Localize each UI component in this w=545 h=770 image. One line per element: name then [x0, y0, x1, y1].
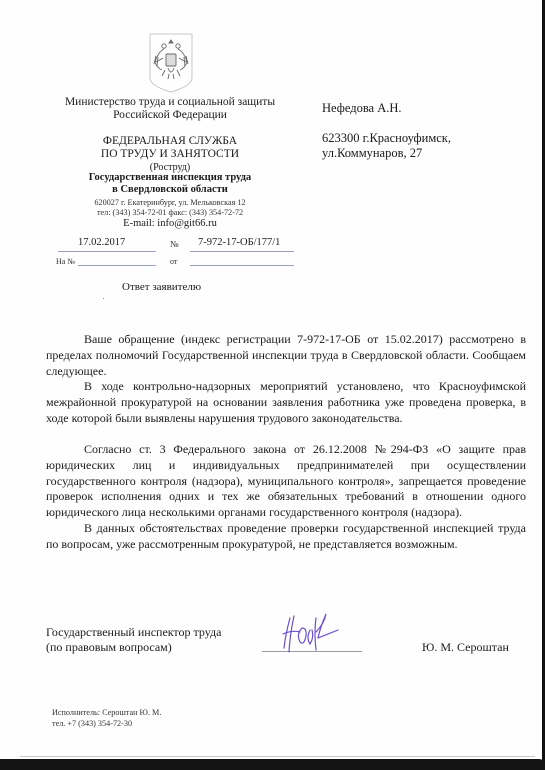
recipient-address-line-1: 623300 г.Красноуфимск, [322, 131, 451, 146]
date-underline [58, 251, 156, 252]
body-paragraph-1: Ваше обращение (индекс регистрации 7-972… [46, 332, 526, 379]
ministry-line-1: Министерство труда и социальной защиты [40, 96, 300, 109]
paragraph-text: Ваше обращение (индекс регистрации 7-972… [46, 332, 526, 379]
paragraph-text: Согласно ст. 3 Федерального закона от 26… [46, 442, 526, 521]
page-bottom-crease [20, 756, 535, 757]
letter-subject: Ответ заявителю [122, 281, 201, 293]
executor-name: Исполнитель: Сероштан Ю. М. [52, 707, 161, 718]
ministry-line-2: Российской Федерации [40, 109, 300, 122]
paragraph-text: В ходе контрольно-надзорных мероприятий … [46, 379, 526, 426]
org-address: 620027 г. Екатеринбург, ул. Мельковская … [40, 198, 300, 218]
body-paragraph-3: Согласно ст. 3 Федерального закона от 26… [46, 442, 526, 521]
from-underline [190, 265, 294, 266]
number-label: № [170, 239, 179, 249]
service-line-1: ФЕДЕРАЛЬНАЯ СЛУЖБА [40, 135, 300, 148]
signatory-title-line-2: (по правовым вопросам) [46, 640, 221, 655]
inspection-line-2: в Свердловской области [40, 184, 300, 196]
outgoing-date: 17.02.2017 [78, 237, 125, 248]
signatory-title: Государственный инспектор труда (по прав… [46, 625, 221, 655]
in-reply-label: На № [56, 257, 75, 266]
recipient-address-line-2: ул.Коммунаров, 27 [322, 146, 422, 161]
inspection-line-1: Государственная инспекция труда [40, 172, 300, 184]
paragraph-text: В данных обстоятельствах проведение пров… [46, 521, 526, 553]
coat-of-arms-icon [148, 32, 194, 94]
body-paragraph-4: В данных обстоятельствах проведение пров… [46, 521, 526, 553]
from-label: от [170, 257, 177, 266]
scan-speck [103, 298, 104, 299]
body-paragraph-2: В ходе контрольно-надзорных мероприятий … [46, 379, 526, 426]
ministry-name: Министерство труда и социальной защиты Р… [40, 96, 300, 122]
number-underline [190, 251, 294, 252]
in-reply-underline [78, 265, 156, 266]
executor-info: Исполнитель: Сероштан Ю. М. тел. +7 (343… [52, 707, 161, 729]
address-line: 620027 г. Екатеринбург, ул. Мельковская … [40, 198, 300, 208]
letter-page: Министерство труда и социальной защиты Р… [0, 0, 542, 758]
signatory-name: Ю. М. Сероштан [422, 640, 509, 655]
inspection-name: Государственная инспекция труда в Свердл… [40, 172, 300, 196]
signatory-title-line-1: Государственный инспектор труда [46, 625, 221, 640]
scan-edge-bottom [0, 759, 545, 770]
recipient-name: Нефедова А.Н. [322, 101, 402, 116]
phone-fax-line: тел: (343) 354-72-01 факс: (343) 354-72-… [40, 208, 300, 218]
executor-phone: тел. +7 (343) 354-72-30 [52, 718, 161, 729]
org-email: E-mail: info@git66.ru [40, 218, 300, 230]
handwritten-signature-icon [280, 608, 340, 656]
federal-service-name: ФЕДЕРАЛЬНАЯ СЛУЖБА ПО ТРУДУ И ЗАНЯТОСТИ … [40, 135, 300, 174]
service-line-2: ПО ТРУДУ И ЗАНЯТОСТИ [40, 148, 300, 161]
outgoing-number: 7-972-17-ОБ/177/1 [198, 237, 280, 248]
